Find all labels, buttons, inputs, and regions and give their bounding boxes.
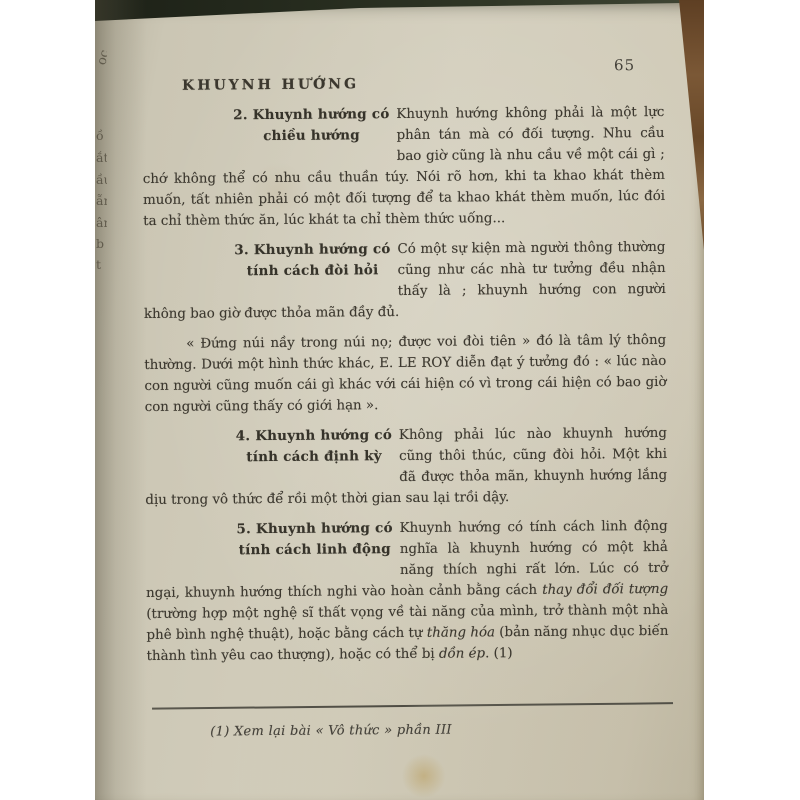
section-4-heading: 4. Khuynh hướng có tính cách định kỳ <box>145 425 399 490</box>
section-5-paragraph: 5. Khuynh hướng có tính cách linh động K… <box>146 516 669 667</box>
book-page-photo: ọc ồ ắt) ầu ẫn ân b t KHUYNH HƯỚNG 65 2.… <box>95 0 704 800</box>
section-4-paragraph: 4. Khuynh hướng có tính cách định kỳ Khô… <box>145 423 668 511</box>
section-2-heading-line2: chiều hướng <box>226 125 396 147</box>
section-5: 5. Khuynh hướng có tính cách linh động K… <box>146 516 669 667</box>
section-3-paragraph: 3. Khuynh hướng có tính cách đòi hỏi Có … <box>143 237 666 325</box>
section-4-heading-line2: tính cách định kỳ <box>229 446 399 468</box>
section-2-heading: 2. Khuynh hướng có chiều hướng <box>142 104 396 169</box>
photo-backdrop: ọc ồ ắt) ầu ẫn ân b t KHUYNH HƯỚNG 65 2.… <box>0 0 800 800</box>
section-4-heading-line1: 4. Khuynh hướng có <box>229 425 399 447</box>
page-content: KHUYNH HƯỚNG 65 2. Khuynh hướng có chiều… <box>95 0 704 800</box>
page-number: 65 <box>614 56 635 74</box>
footnote: (1) Xem lại bài « Vô thức » phần III <box>210 723 452 740</box>
section-5-heading-line1: 5. Khuynh hướng có <box>230 518 400 540</box>
text-body: 2. Khuynh hướng có chiều hướng Khuynh hư… <box>142 102 668 676</box>
quote-text: « Đứng núi nầy trong núi nọ; được voi đò… <box>144 333 666 415</box>
quote-paragraph: « Đứng núi nầy trong núi nọ; được voi đò… <box>144 330 667 418</box>
footnote-rule <box>152 702 673 709</box>
section-2-paragraph: 2. Khuynh hướng có chiều hướng Khuynh hư… <box>142 102 665 232</box>
section-5-heading-line2: tính cách linh động <box>230 539 400 561</box>
running-title: KHUYNH HƯỚNG <box>182 76 359 93</box>
section-3-heading-line2: tính cách đòi hỏi <box>228 260 398 282</box>
section-2: 2. Khuynh hướng có chiều hướng Khuynh hư… <box>142 102 665 232</box>
section-2-heading-line1: 2. Khuynh hướng có <box>226 104 396 126</box>
section-5-heading: 5. Khuynh hướng có tính cách linh động <box>146 518 400 583</box>
section-4: 4. Khuynh hướng có tính cách định kỳ Khô… <box>145 423 668 511</box>
section-3-heading-line1: 3. Khuynh hướng có <box>227 239 397 261</box>
section-3: 3. Khuynh hướng có tính cách đòi hỏi Có … <box>143 237 666 325</box>
section-3-heading: 3. Khuynh hướng có tính cách đòi hỏi <box>143 239 397 304</box>
